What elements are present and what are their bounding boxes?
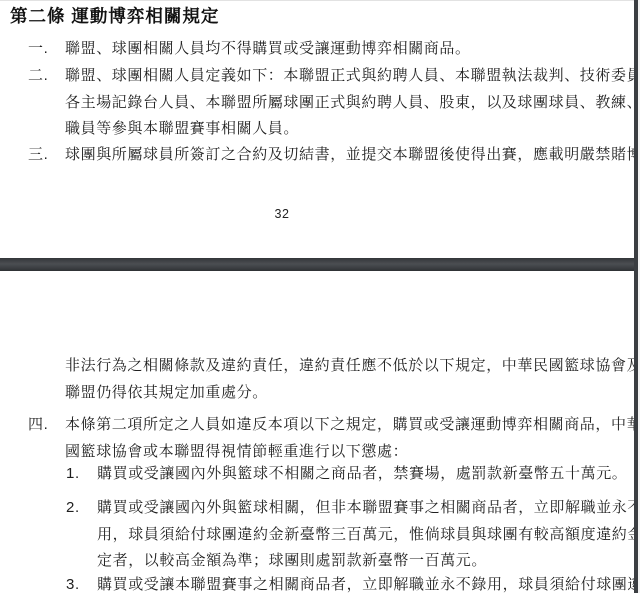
item-number: 一. bbox=[28, 36, 65, 63]
item-text-line: 職員等參與本聯盟賽事相關人員。 bbox=[65, 116, 640, 143]
item-text-line: 購買或受讓國內外與籃球相關，但非本聯盟賽事之相關商品者，立即解職並永不錄 bbox=[97, 495, 640, 522]
page-top-edge bbox=[0, 0, 640, 1]
page-separator-bar bbox=[0, 258, 640, 271]
item-text-line: 聯盟仍得依其規定加重處分。 bbox=[65, 380, 640, 407]
sub-item-number: 2. bbox=[66, 495, 97, 522]
item-text-line: 球團與所屬球員所簽訂之合約及切結書，並提交本聯盟後使得出賽，應載明嚴禁賭博等 bbox=[65, 142, 640, 169]
list-item-4: 四. 本條第二項所定之人員如違反本項以下之規定，購買或受讓運動博弈相關商品，中華… bbox=[28, 412, 640, 465]
item-text-line: 本條第二項所定之人員如違反本項以下之規定，購買或受讓運動博弈相關商品，中華民 bbox=[65, 412, 640, 439]
continuation-paragraph: 非法行為之相關條款及違約責任，違約責任應不低於以下規定，中華民國籃球協會及本 聯… bbox=[65, 353, 640, 406]
item-text-line: 各主場記錄台人員、本聯盟所屬球團正式與約聘人員、股東，以及球團球員、教練、隊 bbox=[65, 90, 640, 117]
item-text-line: 定者，以較高金額為準；球團則處罰款新臺幣一百萬元。 bbox=[97, 548, 640, 575]
item-text-line: 聯盟、球團相關人員均不得購買或受讓運動博弈相關商品。 bbox=[65, 36, 471, 63]
page-number: 32 bbox=[262, 207, 302, 221]
sub-item-3: 3. 購買或受讓本聯盟賽事之相關商品者，立即解職並永不錄用，球員須給付球團違約 bbox=[66, 572, 640, 593]
sub-item-number: 1. bbox=[66, 461, 97, 488]
item-text-line: 聯盟、球團相關人員定義如下：本聯盟正式與約聘人員、本聯盟執法裁判、技術委員與 bbox=[65, 63, 640, 90]
sub-item-2: 2. 購買或受讓國內外與籃球相關，但非本聯盟賽事之相關商品者，立即解職並永不錄 … bbox=[66, 495, 640, 575]
list-item-1: 一. 聯盟、球團相關人員均不得購買或受讓運動博弈相關商品。 bbox=[28, 36, 471, 63]
item-number: 二. bbox=[28, 63, 65, 90]
article-heading: 第二條 運動博弈相關規定 bbox=[10, 4, 219, 28]
item-text-line: 購買或受讓國內外與籃球不相關之商品者，禁賽場，處罰款新臺幣五十萬元。 bbox=[97, 461, 627, 488]
sub-item-1: 1. 購買或受讓國內外與籃球不相關之商品者，禁賽場，處罰款新臺幣五十萬元。 bbox=[66, 461, 627, 488]
list-item-3: 三. 球團與所屬球員所簽訂之合約及切結書，並提交本聯盟後使得出賽，應載明嚴禁賭博… bbox=[28, 142, 640, 169]
sub-item-number: 3. bbox=[66, 572, 97, 593]
item-text-line: 非法行為之相關條款及違約責任，違約責任應不低於以下規定，中華民國籃球協會及本 bbox=[65, 353, 640, 380]
item-number: 四. bbox=[28, 412, 65, 439]
list-item-2: 二. 聯盟、球團相關人員定義如下：本聯盟正式與約聘人員、本聯盟執法裁判、技術委員… bbox=[28, 63, 640, 143]
item-text-line: 購買或受讓本聯盟賽事之相關商品者，立即解職並永不錄用，球員須給付球團違約 bbox=[97, 572, 640, 593]
item-text-line: 用，球員須給付球團違約金新臺幣三百萬元，惟倘球員與球團有較高額度違約金約 bbox=[97, 522, 640, 549]
item-number: 三. bbox=[28, 142, 65, 169]
